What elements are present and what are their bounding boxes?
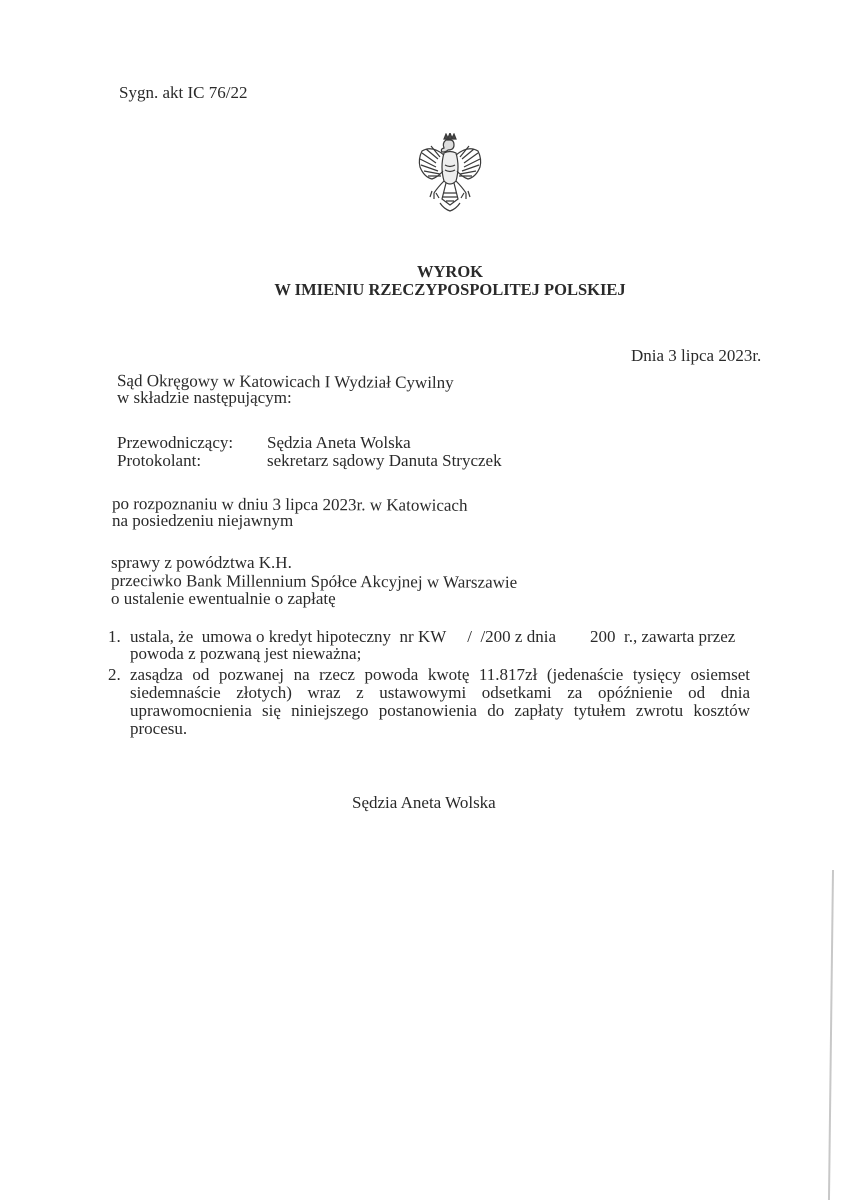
judgment-title: WYROK <box>0 262 848 282</box>
ruling-number: 2. <box>108 665 121 684</box>
ruling-line: uprawomocnienia się niniejszego postanow… <box>130 701 750 720</box>
court-composition-label: w składzie następującym: <box>117 388 292 407</box>
panel-role-clerk: Protokolant: <box>117 451 201 470</box>
ruling-number: 1. <box>108 627 121 646</box>
hearing-type: na posiedzeniu niejawnym <box>112 511 293 530</box>
ruling-line: procesu. <box>130 719 187 738</box>
scan-edge-line <box>828 870 834 1200</box>
ruling-line: siedemnaście złotych) wraz z ustawowymi … <box>130 683 750 702</box>
ruling-line: zasądza od pozwanej na rzecz powoda kwot… <box>130 665 750 684</box>
polish-eagle-emblem-icon <box>414 133 486 215</box>
judge-signature: Sędzia Aneta Wolska <box>352 793 496 812</box>
judgment-date: Dnia 3 lipca 2023r. <box>631 346 761 365</box>
case-plaintiff: sprawy z powództwa K.H. <box>111 553 292 572</box>
panel-role-presiding: Przewodniczący: <box>117 433 233 452</box>
case-number: Sygn. akt IC 76/22 <box>119 83 247 103</box>
panel-name-clerk: sekretarz sądowy Danuta Stryczek <box>267 451 502 470</box>
panel-name-presiding: Sędzia Aneta Wolska <box>267 433 411 452</box>
judgment-subtitle: W IMIENIU RZECZYPOSPOLITEJ POLSKIEJ <box>0 280 848 300</box>
ruling-line: powoda z pozwaną jest nieważna; <box>130 644 361 663</box>
case-subject: o ustalenie ewentualnie o zapłatę <box>111 589 336 608</box>
